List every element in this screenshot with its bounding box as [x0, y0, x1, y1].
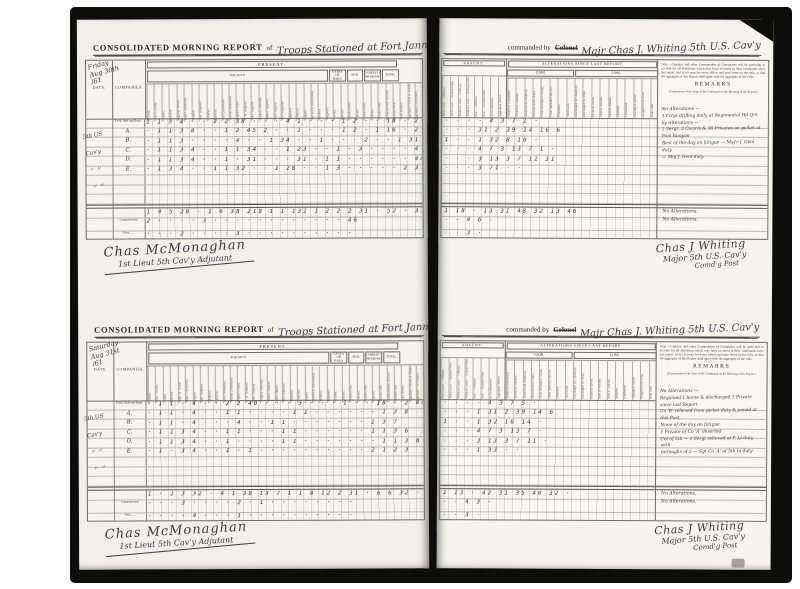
group-for-duty: FOR DUTY. — [147, 70, 329, 83]
company-letter: C. — [112, 147, 145, 156]
table-body: Field, Staff and Band.· 1 1 · 4 · · 2 2 … — [87, 399, 424, 520]
absent-columns-header: ABSENT.With Leave — Officers.With Leave … — [442, 59, 507, 117]
colonel-struck-label: Colonel — [555, 44, 578, 52]
column-header-without-leave-officers: Without Leave — Officers. — [456, 358, 464, 399]
column-header-transferred: Transferred. — [624, 79, 633, 118]
remark-line: — Maj f. Genl duty — [662, 153, 765, 161]
column-header-buglers: Buglers. — [303, 84, 311, 121]
column-header-died-of-wounds: Died of Wounds. — [598, 361, 607, 400]
book-page-left: CONSOLIDATED MORNING REPORT of Troops St… — [77, 18, 429, 570]
row-values-handwritten: · 1 3 4 · · 1 1 32 · · 1 28 · · 1 3 · · … — [146, 165, 421, 174]
table-header: DATE.COMPANIES.PRESENT.FOR DUTY.ON EXTRA… — [87, 341, 423, 401]
remarks-bottom-handwriting: No Alterations.No Alterations. — [662, 208, 764, 225]
column-header-regtl-commissary: Regtl Commissary. — [185, 366, 193, 403]
aggregate-group-spacer — [402, 351, 423, 363]
row-values-handwritten: · · · 3 13 3 7 11 31 — [445, 156, 657, 165]
column-header-enlisted-men: Enlisted Men. — [362, 83, 370, 120]
row-values-handwritten: · · · 3 71 · · — [445, 165, 657, 174]
column-header-lieut-colonel: Lieut. Colonel. — [155, 366, 163, 403]
commander-signature: Chas J Whiting Major 5th U.S. Cav'y Comd… — [655, 237, 747, 273]
column-header-died-of-wounds: Died of Wounds. — [599, 79, 608, 118]
row-values-handwritten: · · · · 4 3 7 1 · — [445, 118, 657, 127]
column-header-adjutant: Adjutant. — [168, 84, 176, 121]
alterations-columns-header: ALTERATIONS SINCE LAST REPORT.GAIN.LOSS.… — [507, 59, 659, 118]
table-header: ABSENT.With Leave — Officers.With Leave … — [440, 341, 656, 401]
station-handwriting: Troops Stationed at Fort Janney 2d — [277, 39, 429, 57]
report-1-right-half: commanded by Colonel Majr Chas J. Whitin… — [438, 28, 773, 302]
company-letter: A. — [114, 410, 147, 419]
company-letter: B. — [112, 137, 145, 146]
column-header-first-sergeants: First Sergeants. — [280, 84, 288, 121]
row-values-handwritten: · 1 1 · 4 · · 1 1 · · · · 1 1 · · · · · … — [148, 409, 423, 418]
row-values-handwritten: · 1 · 3 4 · · 1 · 1 · · · · · · · · · · … — [148, 447, 423, 456]
column-header-with-leave-enlisted-men: With Leave — Enlisted Men. — [448, 358, 456, 399]
report-1-title-line: CONSOLIDATED MORNING REPORT of Troops St… — [93, 36, 423, 55]
present-band-label: PRESENT. — [148, 342, 398, 350]
column-header-discharged-by-order: Discharged by Order. — [581, 361, 590, 400]
column-header-in-confinement: In Confinement. — [488, 358, 496, 399]
column-header-dropped-from-rolls: Dropped from Rolls. — [640, 361, 649, 400]
column-header-with-leave-officers: With Leave — Officers. — [442, 76, 450, 117]
column-header-com-sergeant: Com. Sergeant. — [250, 84, 258, 121]
row-values-handwritten: · · · 3 13 3 7 11 · — [443, 438, 655, 447]
row-values-handwritten: · · 4 6 · — [444, 217, 656, 230]
company-letter: C. — [114, 429, 147, 438]
scan-background: CONSOLIDATED MORNING REPORT of Troops St… — [70, 7, 792, 583]
company-label-printed: Total ...... — [114, 513, 147, 521]
numeric-columns-header: PRESENT.FOR DUTY.ON EXTRA OR DAILY DUTY.… — [147, 341, 423, 400]
column-header-aggregate-last-report: Aggregate Last Report. — [416, 365, 424, 402]
column-header-dropped-from-rolls: Dropped from Rolls. — [641, 79, 650, 118]
report-1-left-half: CONSOLIDATED MORNING REPORT of Troops St… — [77, 28, 428, 302]
column-header-aggregate-last-report: Aggregate Last Report. — [414, 83, 422, 120]
row-values-handwritten: 1 · 1 3 32 · 4 1 38 13 7 1 1 8 12 2 31 ·… — [148, 490, 423, 499]
column-header-captains: Captains. — [213, 84, 221, 121]
column-header-first-sergeants: First Sergeants. — [281, 366, 289, 403]
column-header-saddler-sergeant: Saddler Sergeant. — [267, 366, 275, 403]
row-values-handwritten — [146, 175, 421, 184]
remarks-title: REMARKS — [658, 81, 768, 88]
remarks-title: REMARKS — [657, 363, 767, 370]
commander-handwriting: Majr Chas J. Whiting 5th U.S. Cav'y — [580, 322, 760, 340]
column-header-joined-by-transfer: Joined by Transfer. — [515, 79, 524, 118]
row-values-handwritten — [147, 194, 422, 203]
column-header-total-gain: Total Gain. — [564, 361, 573, 400]
column-group-row: FOR DUTY.ON EXTRA OR DAILY DUTY.SICK.IN … — [146, 68, 422, 83]
row-values-handwritten — [445, 184, 657, 193]
company-letter — [114, 476, 147, 485]
row-values-handwritten: · 1 1 3 8 · · 1 2 45 2 · · 1 · · · 1 2 ·… — [146, 127, 421, 136]
column-header-from-missing-in-action: From Missing in Action. — [539, 361, 548, 400]
companies-label: COMPANIES. — [114, 366, 146, 371]
row-values-handwritten: · · · 31 2 39 14 16 6 — [445, 127, 657, 136]
group-sick: SICK. — [347, 70, 364, 82]
column-group-row: FOR DUTY.ON EXTRA OR DAILY DUTY.SICK.IN … — [147, 350, 423, 365]
column-header-in-confinement: In Confinement. — [490, 76, 498, 117]
row-values-handwritten: · 1 1 3 · · · · 4 · · 1 34 · · 1 · · · 2… — [146, 137, 421, 146]
row-values-handwritten: · · · 4 7 3 13 7 1 · — [445, 146, 657, 155]
row-values-handwritten — [148, 476, 423, 485]
group-on-extra-or-daily-duty: ON EXTRA OR DAILY DUTY. — [329, 70, 346, 82]
company-label-printed: Commissioned — [113, 218, 146, 230]
absent-band-label: ABSENT. — [443, 60, 505, 66]
group-in-arrest-or-confinement: IN ARREST OR CONFINEMENT. — [366, 351, 383, 363]
aggregate-group-spacer — [400, 69, 421, 81]
report-2-right-half: commanded by Colonel Majr Chas J. Whitin… — [437, 310, 772, 570]
row-values-handwritten: 1 18 · 13 31 48 32 13 46 — [444, 208, 656, 217]
loss-band-label: LOSS. — [575, 70, 658, 77]
row-values-handwritten: · · 3 · — [443, 512, 655, 521]
column-header-sergeant-major: Sergeant Major. — [237, 366, 245, 403]
column-header-promoted: Promoted. — [557, 79, 566, 118]
column-header-total-present: Total Present. — [401, 365, 409, 402]
report-1-left-table: DATE.COMPANIES.PRESENT.FOR DUTY.ON EXTRA… — [85, 58, 424, 239]
company-letter — [114, 490, 147, 499]
alterations-band-label: ALTERATIONS SINCE LAST REPORT. — [508, 60, 657, 68]
column-header-buglers: Buglers. — [304, 366, 312, 403]
row-values-handwritten — [148, 466, 423, 475]
column-header-enlisted-men: Enlisted Men. — [349, 366, 357, 403]
column-header-from-missing-in-action: From Missing in Action. — [540, 79, 549, 118]
report-1-right-table: ABSENT.With Leave — Officers.With Leave … — [440, 58, 769, 240]
row-values-handwritten: · · 3 · — [444, 230, 656, 239]
remark-line: Rest of the day on fatigue — Maj'r f. Ge… — [662, 139, 765, 154]
row-values-handwritten — [444, 194, 656, 203]
column-header-with-leave-enlisted-men: With Leave — Enlisted Men. — [450, 76, 458, 117]
column-header-died-of-disease: Died of Disease. — [607, 79, 616, 118]
remarks-subtitle: (Explanatory of the State of the Command… — [657, 371, 767, 376]
company-letter — [113, 208, 146, 217]
column-header-first-lieutenants: First Lieutenants. — [221, 84, 229, 121]
row-values-handwritten: · · · 2 · · · · 3 · · · · · · · · · · — [147, 230, 422, 238]
group-total: TOTAL. — [383, 351, 400, 363]
row-values-handwritten — [443, 457, 655, 466]
scan-smudge — [732, 559, 745, 568]
column-header-joined-from-desertion: Joined from Desertion. — [523, 79, 532, 118]
title-of: of — [268, 326, 274, 334]
column-header-captains: Captains. — [214, 366, 222, 403]
row-values-handwritten: · 1 1 3 4 · · 1 1 · · · 1 1 · · · · · · … — [148, 428, 423, 437]
column-header-sick-officers: Sick — Officers. — [472, 358, 480, 399]
company-label-printed: Field, Staff and Band. — [112, 118, 145, 127]
column-header-first-lieutenants: First Lieutenants. — [222, 366, 230, 403]
remark-line: furloughs of 2 — Sgt Co 'A' of 5th to du… — [661, 449, 764, 457]
group-on-extra-or-daily-duty: ON EXTRA OR DAILY DUTY. — [330, 352, 347, 364]
remark-line: 3 Co'ys drilling daily at Regimental Hd … — [662, 112, 765, 120]
remarks-column: Note.—Captains and other Commanders of C… — [655, 342, 767, 521]
column-header-corporals: Corporals. — [296, 366, 304, 403]
rotated-column-labels: Colonel.Lieut. Colonel.Majors.Adjutant.R… — [147, 364, 423, 403]
loss-band-label: LOSS. — [574, 352, 657, 359]
remarks-subtitle: (Explanatory of the State of the Command… — [658, 89, 768, 94]
row-values-handwritten: · · 4 3 · — [443, 499, 655, 512]
column-header-joined-by-enlistment: Joined by Enlistment. — [505, 360, 514, 399]
column-header-aggregate-absent: Aggregate Absent. — [498, 76, 506, 117]
form-title: CONSOLIDATED MORNING REPORT — [94, 324, 264, 335]
table-row — [88, 475, 424, 486]
column-header-privates: Privates. — [334, 366, 342, 403]
remark-line: Co 'B' relieved from picket duty & joine… — [660, 408, 763, 423]
column-header-died-of-disease: Died of Disease. — [606, 361, 615, 400]
column-header-without-leave-enlisted-men: Without Leave — Enlisted Men. — [464, 358, 472, 399]
remarks-bottom-handwriting: No Alterations.No Alterations. — [661, 490, 763, 507]
row-values-handwritten: 2 · · · · 3 · · · · · · · · · · · · 46 — [147, 217, 422, 230]
commanded-by-label: commanded by — [506, 325, 549, 333]
group-total: TOTAL. — [382, 69, 399, 81]
row-values-handwritten: · · · · 4 · · · 1 · · · · · · · · · · — [148, 512, 423, 520]
table-header: ABSENT.With Leave — Officers.With Leave … — [442, 59, 658, 119]
remark-line: No Alterations. — [661, 498, 763, 507]
group-in-arrest-or-confinement: IN ARREST OR CONFINEMENT. — [365, 69, 382, 81]
row-values-handwritten: · 1 1 3 4 · · 1 1 34 · · 1 23 · · 1 · 3 … — [146, 146, 421, 155]
remark-line: Col of 5th — 1 Sergt relieved of P. Lt d… — [661, 435, 764, 450]
company-label-printed: Field, Staff and Band. — [113, 400, 146, 409]
adjutant-signature: Chas McMonaghan 1st Lieut 5th Cav'y Adju… — [104, 519, 255, 554]
commander-handwriting: Majr Chas J. Whiting 5th U.S. Cav'y — [582, 40, 762, 58]
report-2-commander-line: commanded by Colonel Majr Chas J. Whitin… — [442, 318, 760, 338]
company-letter: A. — [112, 128, 145, 137]
form-title: CONSOLIDATED MORNING REPORT — [93, 42, 263, 53]
table-row — [87, 193, 423, 204]
company-letter — [113, 194, 146, 203]
column-header-commissioned-officers: Commissioned Officers. — [386, 365, 394, 402]
companies-label: COMPANIES. — [113, 84, 145, 89]
absent-band-label: ABSENT. — [442, 342, 504, 348]
row-values-handwritten: 1 · · 1 32 8 10 · — [445, 137, 657, 146]
numeric-columns-header: PRESENT.FOR DUTY.ON EXTRA OR DAILY DUTY.… — [146, 59, 422, 118]
group-sick: SICK. — [348, 352, 365, 364]
column-header-joined-from-desertion: Joined from Desertion. — [522, 361, 531, 400]
column-header-sergeant-major: Sergeant Major. — [236, 84, 244, 121]
alterations-columns-header: ALTERATIONS SINCE LAST REPORT.GAIN.LOSS.… — [505, 341, 657, 400]
company-label-printed: Commissioned — [114, 500, 147, 512]
row-values-handwritten — [147, 184, 422, 193]
company-letter: B. — [114, 419, 147, 428]
colonel-struck-label: Colonel — [553, 326, 576, 334]
column-header-joined-by-enlistment: Joined by Enlistment. — [507, 78, 516, 117]
row-values-handwritten: 1 1 3 4 · · 2 2 38 · · · 4 1 · · · 1 2 ·… — [146, 118, 421, 127]
column-header-transferred: Transferred. — [623, 361, 632, 400]
column-header-enlisted-men: Enlisted Men. — [378, 365, 386, 402]
station-handwriting: Troops Stationed at Fort Janney — [278, 321, 429, 338]
remark-line: No Alterations. — [662, 216, 764, 225]
column-header-joined-by-transfer: Joined by Transfer. — [514, 361, 523, 400]
column-header-privates: Privates. — [332, 84, 340, 121]
alterations-rotated-labels: Joined by Enlistment.Joined by Transfer.… — [507, 77, 659, 118]
adjutant-signature: Chas McMonaghan 1st Lieut 5th Cav'y Adju… — [103, 237, 254, 272]
column-header-asst-surgeons: Asst. Surgeons. — [198, 84, 206, 121]
table-row: Total ......· · · · 4 · · · 1 · · · · · … — [88, 512, 424, 521]
date-label: DATE. — [87, 367, 113, 372]
column-header-adjutant: Adjutant. — [170, 366, 178, 403]
row-values-handwritten — [443, 466, 655, 475]
rotated-column-labels: Colonel.Lieut. Colonel.Majors.Adjutant.R… — [146, 82, 422, 121]
row-values-handwritten — [445, 175, 657, 184]
absent-rotated-labels: With Leave — Officers.With Leave — Enlis… — [442, 75, 506, 118]
column-header-total-present: Total Present. — [399, 83, 407, 120]
row-values-handwritten: · 1 1 3 4 · · 1 · · · · 1 1 · · · · · · … — [148, 438, 423, 447]
report-2-left-half: CONSOLIDATED MORNING REPORT of Troops St… — [78, 310, 429, 570]
table-body: Field, Staff and Band.1 1 3 4 · · 2 2 38… — [86, 117, 423, 238]
row-values-handwritten — [148, 457, 423, 466]
report-1-commander-line: commanded by Colonel Majr Chas J. Whitin… — [443, 36, 761, 56]
row-values-handwritten: 1 4 5 28 · 1 6 38 218 1 1 131 1 2 2 2 31… — [147, 208, 422, 217]
commanded-by-label: commanded by — [508, 43, 551, 51]
printed-note: Note.—Captains and other Commanders of C… — [661, 62, 765, 79]
column-header-without-leave-enlisted-men: Without Leave — Enlisted Men. — [466, 76, 474, 117]
column-header-saddlers: Saddlers. — [319, 366, 327, 403]
table-header: DATE.COMPANIES.PRESENT.FOR DUTY.ON EXTRA… — [86, 59, 422, 119]
column-header-total-gain: Total Gain. — [565, 79, 574, 118]
company-label-printed: Total ...... — [113, 231, 146, 239]
column-header-saddlers: Saddlers. — [318, 84, 326, 121]
row-values-handwritten: 1 · · 1 32 16 14 · — [443, 419, 655, 428]
date-token: 5th US Cav'y — [83, 407, 119, 446]
row-values-handwritten: · · · 4 7 3 13 7 · — [443, 428, 655, 437]
report-2-title-line: CONSOLIDATED MORNING REPORT of Troops St… — [94, 318, 424, 337]
printed-note: Note.—Captains and other Commanders of C… — [660, 344, 764, 361]
absent-rotated-labels: With Leave — Officers.With Leave — Enlis… — [440, 357, 504, 400]
row-values-handwritten: · · · 3 · · · · 2 · 1 · · · · · · · · — [148, 499, 423, 512]
screenshot-canvas: CONSOLIDATED MORNING REPORT of Troops St… — [0, 0, 800, 589]
absent-columns-header: ABSENT.With Leave — Officers.With Leave … — [440, 341, 505, 399]
row-values-handwritten: · · · 1 33 · · — [443, 447, 655, 456]
row-values-handwritten: · 1 1 · 4 · · · 4 · · 1 1 · · · · · · · … — [148, 419, 423, 428]
column-header-enlisted-men: Enlisted Men. — [347, 84, 355, 121]
remarks-handwriting: No Alterations —Regained 1 horse & disch… — [660, 387, 764, 456]
remarks-column: Note.—Captains and other Commanders of C… — [656, 60, 768, 239]
row-values-handwritten: · 1 1 3 4 · · 1 · 31 · · · 31 · 1 1 · · … — [146, 156, 421, 165]
column-header-com-sergeant: Com. Sergeant. — [252, 366, 260, 403]
column-header-saddler-sergeant: Saddler Sergeant. — [265, 84, 273, 121]
column-header-discharged-by-order: Discharged by Order. — [582, 79, 591, 118]
group-for-duty: FOR DUTY. — [148, 352, 330, 365]
gain-band-label: GAIN. — [507, 69, 574, 76]
date-label: DATE. — [86, 85, 112, 90]
title-of: of — [266, 44, 272, 52]
gain-band-label: GAIN. — [506, 351, 573, 358]
column-header-with-leave-officers: With Leave — Officers. — [440, 358, 448, 399]
date-token: 5th US Cav'y — [82, 125, 118, 164]
column-header-asst-surgeons: Asst. Surgeons. — [199, 366, 207, 403]
column-header-commissioned-officers: Commissioned Officers. — [385, 83, 393, 120]
column-header-sick-enlisted-men: Sick — Enlisted Men. — [482, 76, 490, 117]
report-2-left-table: DATE.COMPANIES.PRESENT.FOR DUTY.ON EXTRA… — [86, 340, 425, 521]
report-2-right-table: ABSENT.With Leave — Officers.With Leave … — [439, 340, 768, 522]
row-values-handwritten: · 1 1 · 4 · · 2 2 40 · · · 3 · · · 1 · ·… — [147, 400, 422, 409]
remark-line: Regained 1 horse & discharged 1 Private … — [660, 394, 763, 409]
column-header-corporals: Corporals. — [295, 84, 303, 121]
remark-line: 1 Sergt, 2 Corp'ls & 38 Privates on pick… — [662, 126, 765, 141]
column-header-aggregate-absent: Aggregate Absent. — [496, 358, 504, 399]
column-header-regtl-commissary: Regtl Commissary. — [183, 84, 191, 121]
alterations-rotated-labels: Joined by Enlistment.Joined by Transfer.… — [505, 359, 657, 400]
column-header-enlisted-men: Enlisted Men. — [377, 83, 385, 120]
remarks-handwriting: No Alterations —3 Co'ys drilling daily a… — [662, 105, 766, 161]
column-header-lieut-colonel: Lieut. Colonel. — [154, 84, 162, 121]
row-values-handwritten: · · · · 4 3 7 5 · — [443, 400, 655, 409]
commander-signature: Chas J Whiting Major 5th U.S. Cav'y Comd… — [654, 519, 746, 555]
alterations-band-label: ALTERATIONS SINCE LAST REPORT. — [506, 342, 655, 350]
aggregate-band-spacer — [399, 60, 421, 67]
row-values-handwritten — [443, 476, 655, 485]
column-header-promoted: Promoted. — [556, 361, 565, 400]
aggregate-band-spacer — [400, 342, 422, 349]
present-band-label: PRESENT. — [147, 60, 397, 68]
column-header-enlisted-men: Enlisted Men. — [363, 365, 371, 402]
row-values-handwritten: · · · 1 31 2 39 14 6 — [443, 409, 655, 418]
book-page-right: commanded by Colonel Majr Chas J. Whitin… — [437, 18, 774, 570]
table-row: Total ......· · · 2 · · · · 3 · · · · · … — [87, 230, 423, 239]
row-values-handwritten: 1 13 · 42 31 35 40 32 · — [443, 490, 655, 499]
column-header-sick-officers: Sick — Officers. — [474, 76, 482, 117]
column-header-without-leave-officers: Without Leave — Officers. — [458, 76, 466, 117]
column-header-sick-enlisted-men: Sick — Enlisted Men. — [480, 358, 488, 399]
